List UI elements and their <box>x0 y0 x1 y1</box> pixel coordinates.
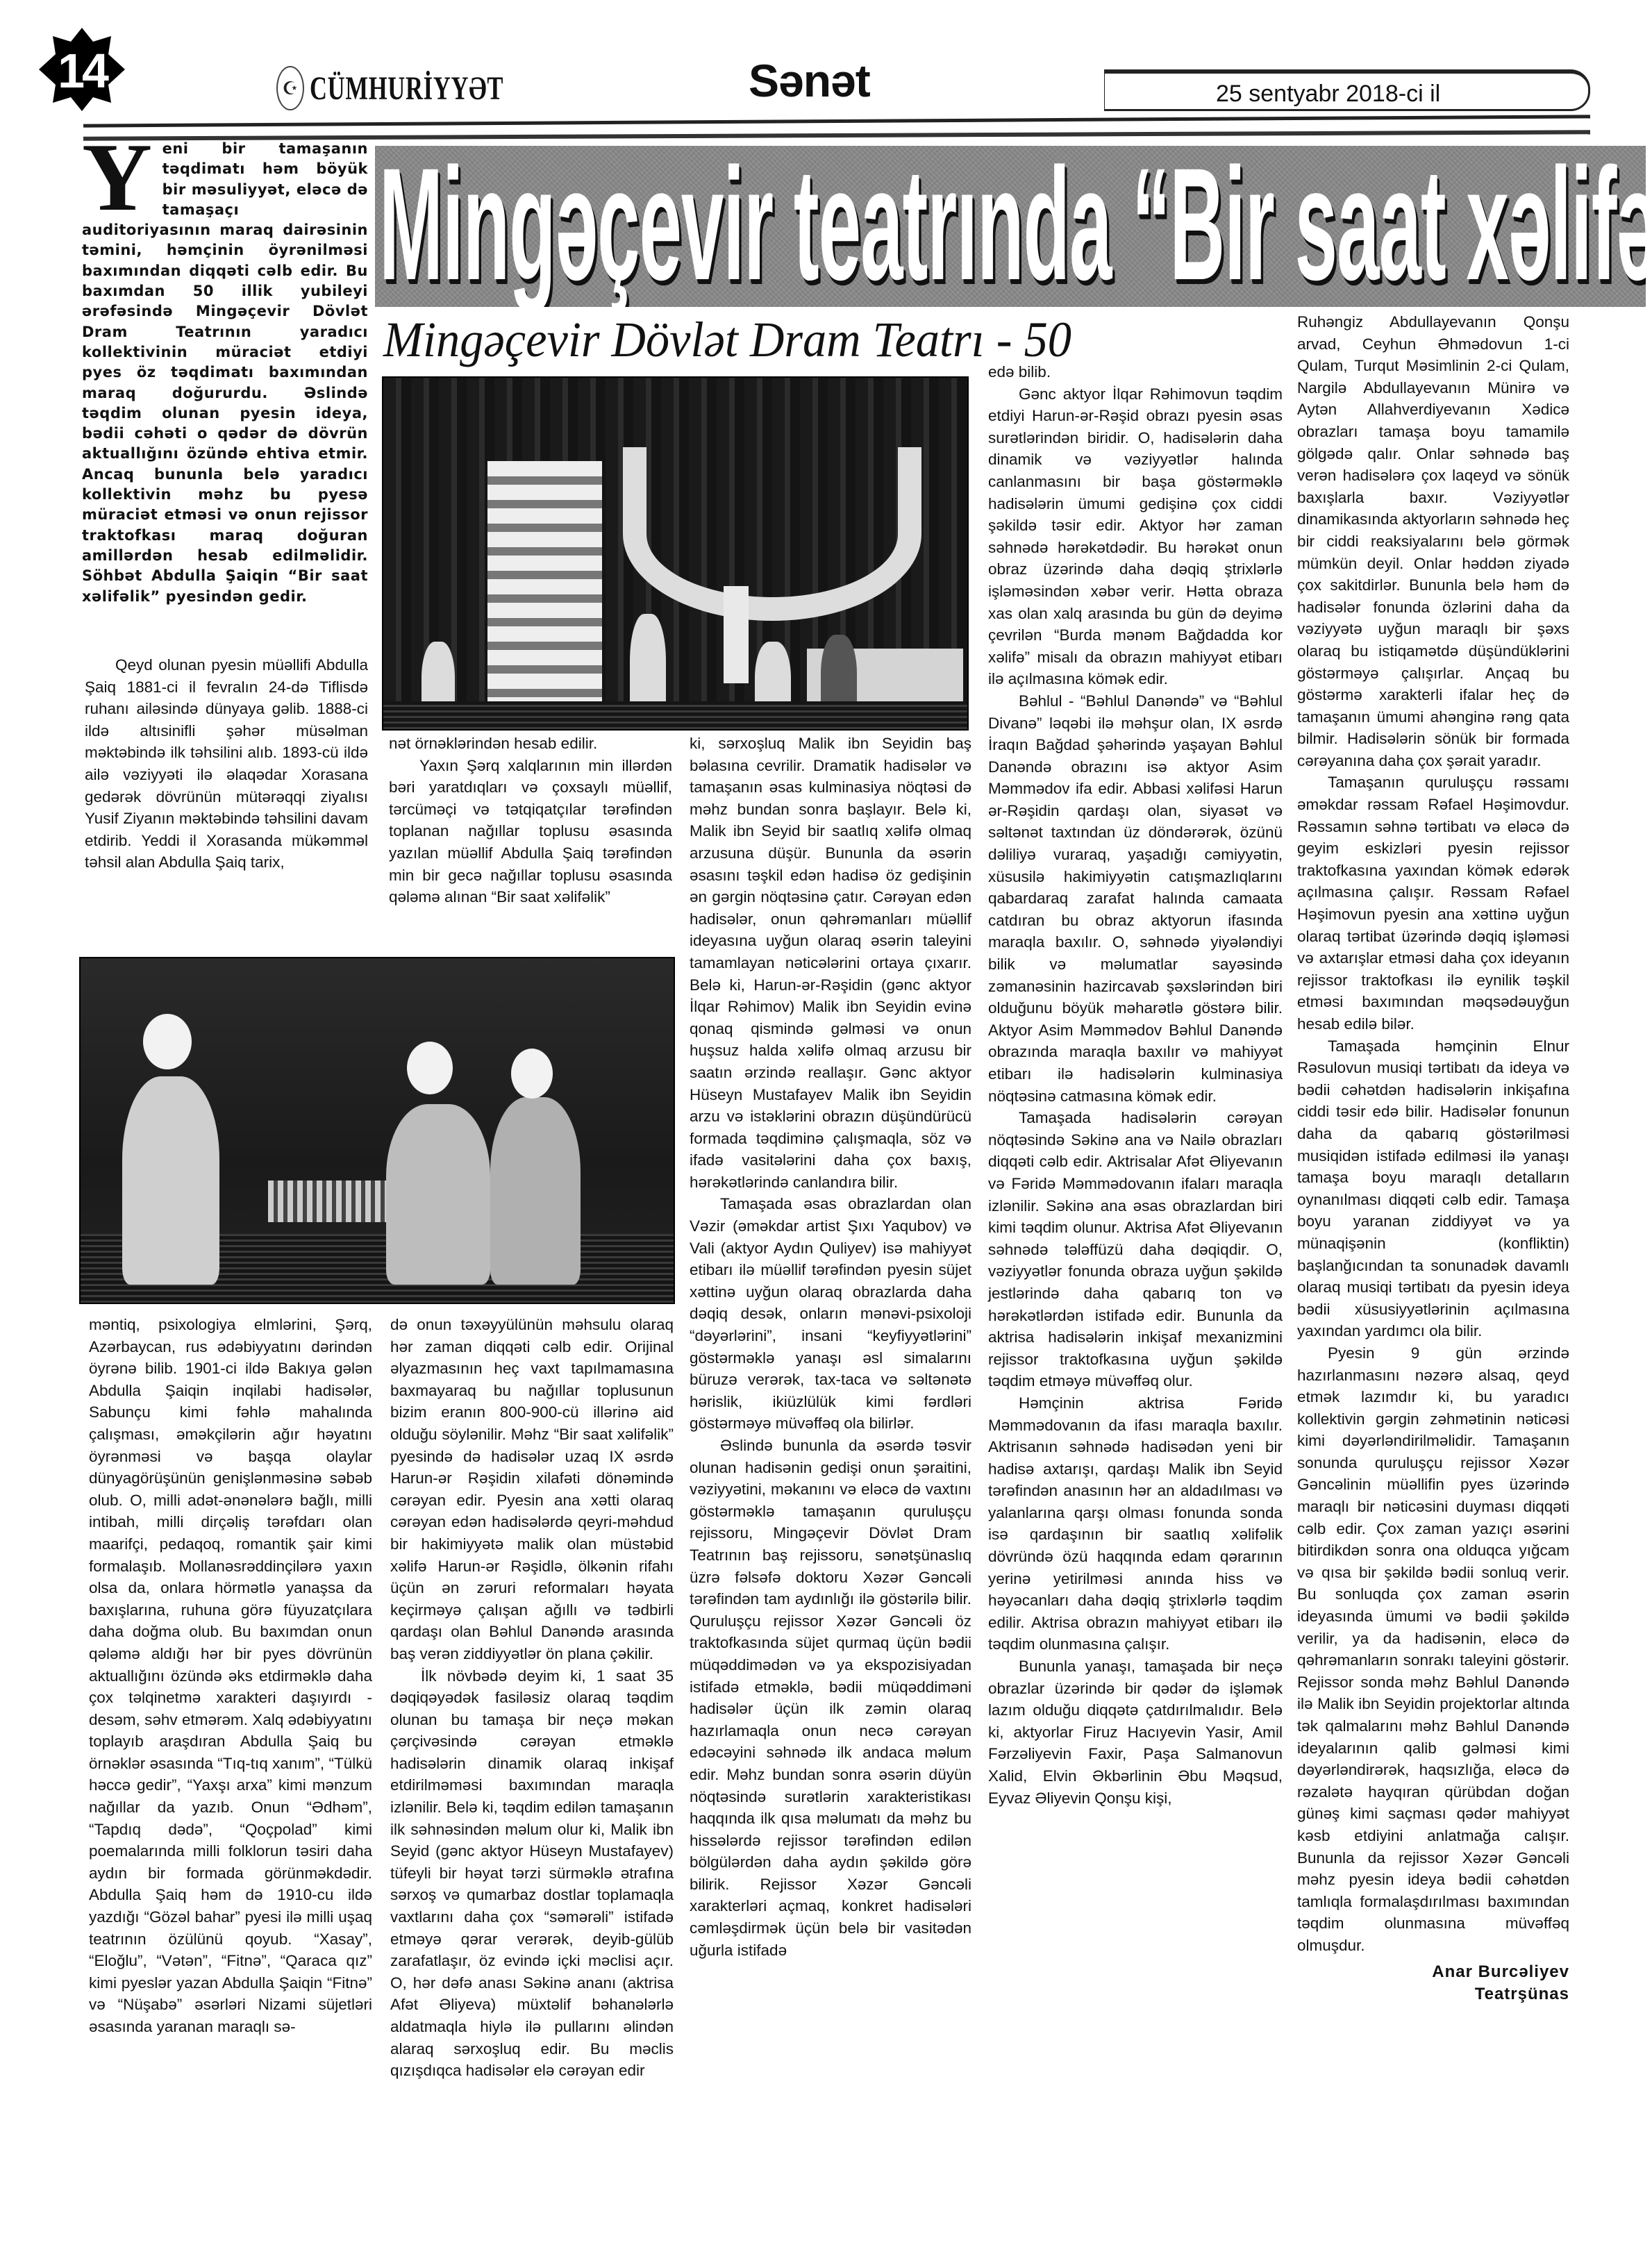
column-1-bottom: məntiq, psixologiya elmlərini, Şərq, Azə… <box>89 1314 372 2038</box>
paragraph: məntiq, psixologiya elmlərini, Şərq, Azə… <box>89 1314 372 2038</box>
masthead-rule <box>83 115 1590 127</box>
headline-banner: Mingəçevir teatrında “Bir saat xəlifəlik… <box>375 146 1646 307</box>
paragraph: Tamaşanın quruluşçu rəssamı əməkdar rəss… <box>1297 771 1569 1035</box>
author-title: Teatrşünas <box>1297 1983 1569 2005</box>
seated-actors-photo <box>79 957 675 1304</box>
paragraph: Tamaşada hadisələrin cərəyan nöqtəsində … <box>988 1107 1283 1392</box>
paragraph: Həmçinin aktrisa Fəridə Məmmədovanın da … <box>988 1392 1283 1655</box>
paragraph: Bəhlul - “Bəhlul Danəndə” və “Bəhlul Div… <box>988 690 1283 1107</box>
paragraph: Qeyd olunan pyesin müəllifi Abdulla Şaiq… <box>85 654 368 874</box>
crescent-star-emblem-icon: ☪ <box>276 66 304 110</box>
headline: Mingəçevir teatrında “Bir saat xəlifəlik… <box>379 151 1646 297</box>
paragraph: İlk növbədə deyim ki, 1 saat 35 dəqiqəyə… <box>390 1665 674 2082</box>
paragraph: Yaxın Şərq xalqlarının min illərdən bəri… <box>389 755 672 908</box>
issue-date: 25 sentyabr 2018-ci il <box>1216 81 1440 108</box>
page-number-badge: 14 <box>39 28 125 111</box>
paragraph: nət örnəklərindən hesab edilir. <box>389 733 672 755</box>
author-name: Anar Burcəliyev <box>1297 1961 1569 1983</box>
paragraph: Tamaşada əsas obrazlardan olan Vəzir (əm… <box>690 1193 971 1435</box>
column-4: edə bilib. Gənc aktyor İlqar Rəhimovun t… <box>988 361 1283 1809</box>
issue-date-box: 25 sentyabr 2018-ci il <box>1104 69 1590 111</box>
column-2-top: nət örnəklərindən hesab edilir. Yaxın Şə… <box>389 733 672 908</box>
paragraph: Əslində bununla da əsərdə təsvir olunan … <box>690 1435 971 1961</box>
paragraph: Gənc aktyor İlqar Rəhimovun təqdim etdiy… <box>988 383 1283 690</box>
column-1-body: Qeyd olunan pyesin müəllifi Abdulla Şaiq… <box>85 654 368 874</box>
section-title: Sənət <box>749 54 870 107</box>
newspaper-logo: ☪ CÜMHURİYYƏT <box>276 64 579 112</box>
page-number: 14 <box>39 43 125 99</box>
stage-scene-photo <box>382 376 969 731</box>
subheadline: Mingəçevir Dövlət Dram Teatrı - 50 <box>383 311 1071 369</box>
paragraph: Pyesin 9 gün ərzində hazırlanmasını nəzə… <box>1297 1342 1569 1957</box>
author-byline: Anar Burcəliyev Teatrşünas <box>1297 1961 1569 2005</box>
article-intro: Y eni bir tamaşanın təqdimatı həm böyük … <box>82 139 368 607</box>
paragraph: Ruhəngiz Abdullayevanın Qonşu arvad, Cey… <box>1297 311 1569 771</box>
paragraph: Bununla yanaşı, tamaşada bir neçə obrazl… <box>988 1655 1283 1809</box>
paragraph: edə bilib. <box>988 361 1283 383</box>
drop-cap: Y <box>82 143 153 212</box>
column-5: Ruhəngiz Abdullayevanın Qonşu arvad, Cey… <box>1297 311 1569 2005</box>
paragraph: ki, sərxoşluq Malik ibn Seyidin baş bəla… <box>690 733 971 1193</box>
paragraph: Tamaşada həmçinin Elnur Rəsulovun musiqi… <box>1297 1035 1569 1342</box>
paragraph: də onun təxəyyülünün məhsulu olaraq hər … <box>390 1314 674 1665</box>
column-3: ki, sərxoşluq Malik ibn Seyidin baş bəla… <box>690 733 971 1961</box>
column-2-bottom: də onun təxəyyülünün məhsulu olaraq hər … <box>390 1314 674 2082</box>
newspaper-name: CÜMHURİYYƏT <box>310 69 503 108</box>
